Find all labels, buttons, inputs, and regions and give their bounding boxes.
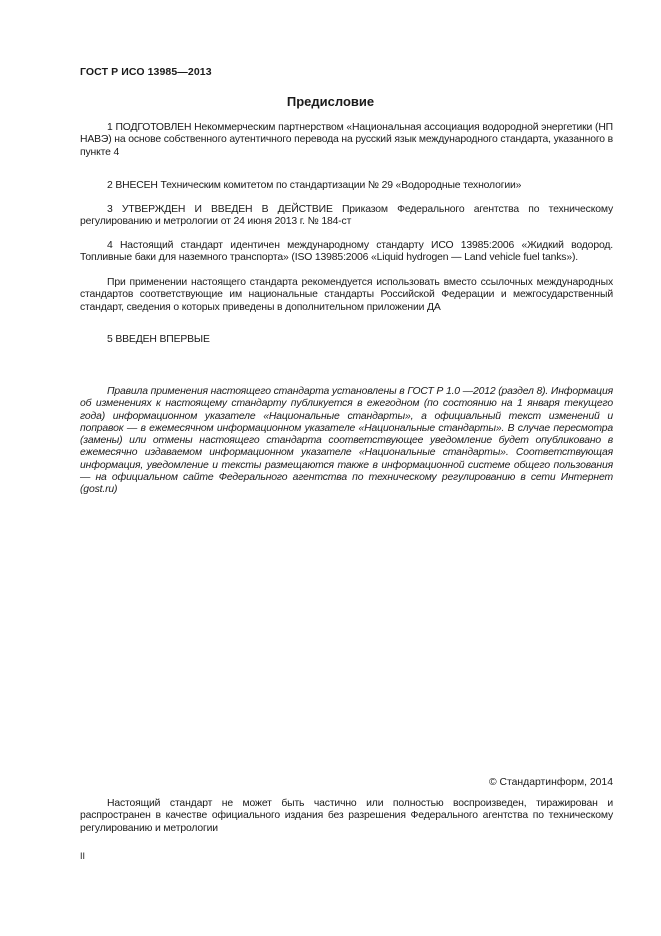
foreword-item-4-note: При применении настоящего стандарта реко… [80, 277, 613, 314]
rules-notice: Правила применения настоящего стандарта … [80, 386, 613, 497]
section-title: Предисловие [0, 94, 661, 109]
copyright-line: © Стандартинформ, 2014 [80, 777, 613, 788]
foreword-item-5: 5 ВВЕДЕН ВПЕРВЫЕ [80, 334, 613, 346]
document-code-header: ГОСТ Р ИСО 13985—2013 [80, 66, 212, 78]
foreword-item-1: 1 ПОДГОТОВЛЕН Некоммерческим партнерство… [80, 122, 613, 159]
foreword-item-3: 3 УТВЕРЖДЕН И ВВЕДЕН В ДЕЙСТВИЕ Приказом… [80, 204, 613, 229]
foreword-item-4: 4 Настоящий стандарт идентичен междунаро… [80, 240, 613, 265]
foreword-item-2: 2 ВНЕСЕН Техническим комитетом по станда… [80, 180, 613, 192]
reproduction-notice: Настоящий стандарт не может быть частичн… [80, 798, 613, 835]
page-number: II [80, 851, 85, 861]
